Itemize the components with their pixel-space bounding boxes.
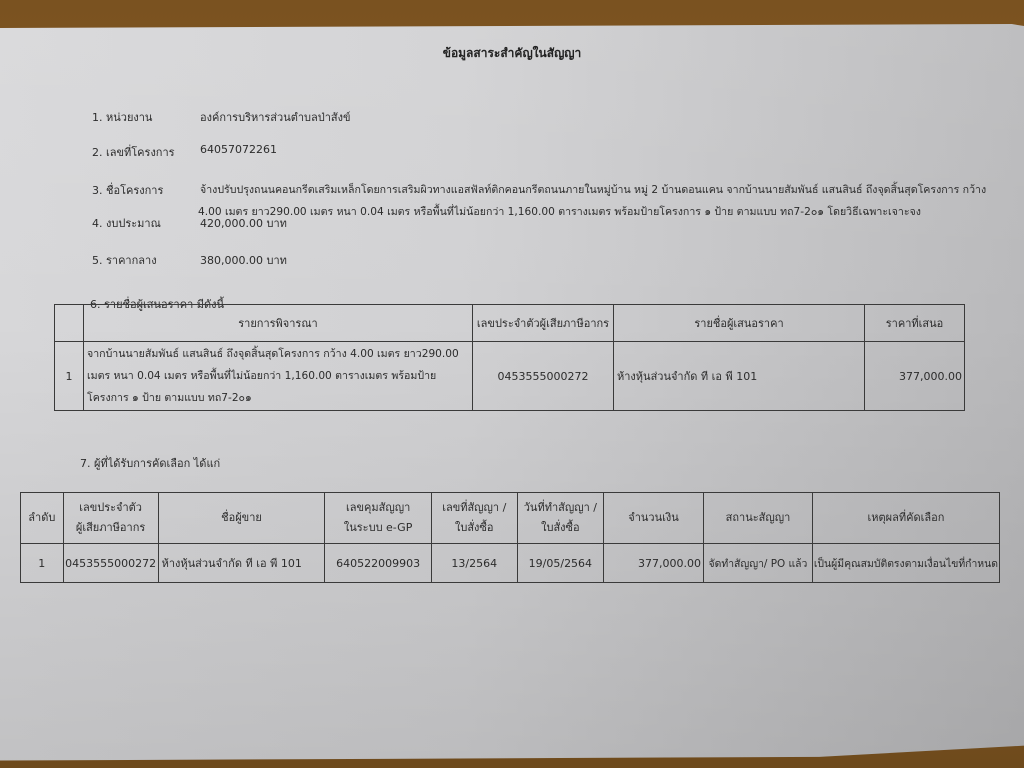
cell-bidder: ห้างหุ้นส่วนจำกัด ที เอ พี 101: [614, 342, 865, 411]
cell-no: 1: [21, 544, 64, 583]
cell-egp-no: 640522009903: [325, 544, 431, 583]
cell-taxid: 0453555000272: [63, 544, 158, 583]
field-value: จ้างปรับปรุงถนนคอนกรีตเสริมเหล็กโดยการเส…: [200, 181, 986, 198]
project-name-line2: 4.00 เมตร ยาว290.00 เมตร หนา 0.04 เมตร ห…: [198, 203, 921, 220]
col-reason-header: เหตุผลที่คัดเลือก: [812, 493, 999, 544]
table-row: 1 0453555000272 ห้างหุ้นส่วนจำกัด ที เอ …: [21, 544, 1000, 583]
section-selected-title: 7. ผู้ที่ได้รับการคัดเลือก ได้แก่: [80, 454, 220, 472]
cell-reason: เป็นผู้มีคุณสมบัติตรงตามเงื่อนไขที่กำหนด: [812, 544, 999, 583]
table-row: 1 จากบ้านนายสัมพันธ์ แสนสินธ์ ถึงจุดสิ้น…: [55, 342, 965, 411]
cell-contract-no: 13/2564: [431, 544, 517, 583]
col-seller-header: ชื่อผู้ขาย: [158, 493, 325, 544]
header-text: ในระบบ e-GP: [344, 521, 412, 534]
field-value: องค์การบริหารส่วนตำบลป่าสังข์: [200, 108, 351, 126]
cell-contract-date: 19/05/2564: [517, 544, 603, 583]
field-value: 420,000.00 บาท: [200, 214, 287, 232]
col-price-header: ราคาที่เสนอ: [865, 305, 965, 342]
header-text: ผู้เสียภาษีอากร: [76, 521, 145, 534]
selected-vendor-table: ลำดับ เลขประจำตัวผู้เสียภาษีอากร ชื่อผู้…: [20, 492, 1000, 583]
document-title: ข้อมูลสาระสำคัญในสัญญา: [0, 44, 1024, 63]
header-text: เหตุผลที่คัดเลือก: [868, 511, 945, 524]
field-label: 5. ราคากลาง: [92, 251, 157, 269]
cell-amount: 377,000.00: [604, 544, 704, 583]
header-text: สถานะสัญญา: [726, 511, 791, 524]
field-value: 380,000.00 บาท: [200, 251, 287, 269]
header-text: เลขที่สัญญา /: [442, 501, 506, 514]
field-label: 4. งบประมาณ: [92, 214, 161, 232]
field-label: 3. ชื่อโครงการ: [92, 181, 163, 199]
header-text: เลขประจำตัว: [79, 501, 142, 514]
col-status-header: สถานะสัญญา: [704, 493, 813, 544]
col-taxid-header: เลขประจำตัวผู้เสียภาษีอากร: [63, 493, 158, 544]
header-text: เลขคุมสัญญา: [346, 501, 410, 514]
header-text: ชื่อผู้ขาย: [221, 511, 262, 524]
field-value: 64057072261: [200, 143, 277, 156]
header-text: จำนวนเงิน: [628, 511, 679, 524]
cell-seller: ห้างหุ้นส่วนจำกัด ที เอ พี 101: [158, 544, 325, 583]
bidders-table: รายการพิจารณา เลขประจำตัวผู้เสียภาษีอากร…: [54, 304, 965, 411]
cell-item: จากบ้านนายสัมพันธ์ แสนสินธ์ ถึงจุดสิ้นสุ…: [84, 342, 473, 411]
col-contract-date-header: วันที่ทำสัญญา /ใบสั่งซื้อ: [517, 493, 603, 544]
col-contract-no-header: เลขที่สัญญา /ใบสั่งซื้อ: [431, 493, 517, 544]
header-text: วันที่ทำสัญญา /: [524, 501, 597, 514]
cell-no: 1: [55, 342, 84, 411]
col-taxid-header: เลขประจำตัวผู้เสียภาษีอากร: [473, 305, 614, 342]
field-label: 1. หน่วยงาน: [92, 108, 152, 126]
header-text: ลำดับ: [28, 511, 55, 524]
table-header-row: รายการพิจารณา เลขประจำตัวผู้เสียภาษีอากร…: [55, 305, 965, 342]
cell-status: จัดทำสัญญา/ PO แล้ว: [704, 544, 813, 583]
table-header-row: ลำดับ เลขประจำตัวผู้เสียภาษีอากร ชื่อผู้…: [21, 493, 1000, 544]
cell-price: 377,000.00: [865, 342, 965, 411]
header-text: ใบสั่งซื้อ: [541, 521, 580, 534]
cell-taxid: 0453555000272: [473, 342, 614, 411]
header-text: ใบสั่งซื้อ: [455, 521, 494, 534]
col-item-header: รายการพิจารณา: [84, 305, 473, 342]
col-no-header: ลำดับ: [21, 493, 64, 544]
field-label: 2. เลขที่โครงการ: [92, 143, 175, 161]
col-egp-header: เลขคุมสัญญาในระบบ e-GP: [325, 493, 431, 544]
col-bidder-header: รายชื่อผู้เสนอราคา: [614, 305, 865, 342]
col-amount-header: จำนวนเงิน: [604, 493, 704, 544]
col-no-header: [55, 305, 84, 342]
